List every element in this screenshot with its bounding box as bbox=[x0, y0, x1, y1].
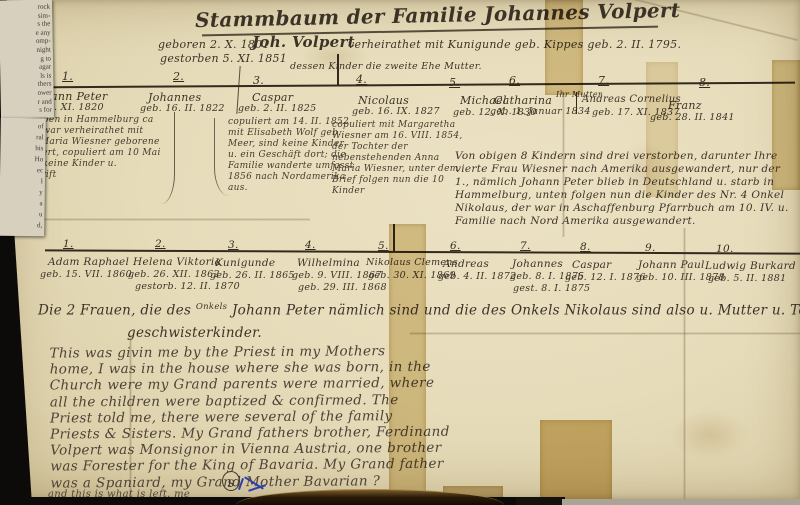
gen1-number: 6. bbox=[509, 74, 520, 87]
gen1-entry-note: copuliert mit Margaretha Wiesner am 16. … bbox=[332, 120, 468, 197]
crease-line bbox=[410, 332, 800, 335]
gen2-number: 4. bbox=[305, 239, 316, 251]
gen2-number: 6. bbox=[450, 240, 461, 252]
gen2-entry-date2: geb. 29. III. 1868 bbox=[298, 282, 387, 293]
photo-object-edge bbox=[516, 497, 562, 505]
gen1-entry-date: geb. 2. II. 1825 bbox=[238, 103, 316, 114]
entry-bracket-stroke bbox=[214, 118, 229, 196]
tape-strip bbox=[646, 62, 678, 197]
tape-strip bbox=[772, 60, 800, 190]
gen1-number: 5. bbox=[449, 76, 460, 89]
gen2-entry-name: Johannes bbox=[512, 258, 563, 270]
gen1-number: 3. bbox=[253, 74, 264, 87]
relation-note-superscript: Onkels bbox=[196, 302, 228, 312]
gen1-number: 2. bbox=[173, 70, 184, 83]
tape-strip bbox=[540, 420, 612, 505]
gen2-entry-date: geb. 26. XII. 1862 bbox=[128, 269, 220, 280]
gen2-number: 9. bbox=[645, 242, 656, 254]
gen2-entry-name: Kunigunde bbox=[215, 257, 275, 269]
gen2-entry-name: Wilhelmina bbox=[297, 257, 360, 269]
gen2-number: 1. bbox=[63, 238, 74, 250]
connector-stroke bbox=[337, 54, 339, 85]
column-divider-stroke bbox=[576, 92, 577, 114]
gen2-entry-name: Ludwig Burkard bbox=[705, 260, 796, 272]
gen1-number: 8. bbox=[699, 76, 710, 89]
gen2-entry-date: geb. 12. I. 1876 bbox=[565, 272, 646, 283]
tape-strip bbox=[389, 224, 426, 505]
gen2-entry-date: geb. 15. VII. 1860 bbox=[40, 269, 132, 280]
relation-note-line2: geschwisterkinder. bbox=[127, 325, 262, 341]
children-connector-label: dessen Kinder die zweite Ehe Mutter. bbox=[290, 61, 482, 72]
crease-line bbox=[10, 218, 310, 221]
gen2-entry-date: geb. 5. II. 1881 bbox=[708, 273, 786, 284]
gen1-number: 7. bbox=[598, 74, 609, 87]
gen2-entry-name: Andreas bbox=[443, 258, 489, 270]
gen1-entry-date: geb. 16. IX. 1827 bbox=[352, 106, 440, 117]
gen2-entry-name: Johann Paul bbox=[638, 259, 705, 271]
gen2-entry-date: geb. 4. II. 1872 bbox=[438, 271, 516, 282]
monogram-letter: S bbox=[227, 479, 234, 490]
relation-note-part1: Die 2 Frauen, die des bbox=[38, 303, 191, 319]
gen2-entry-name: Helena Viktoria bbox=[133, 256, 221, 268]
gen2-number: 3. bbox=[228, 239, 239, 251]
gen2-entry-date2: gest. 8. I. 1875 bbox=[513, 283, 590, 294]
gen2-entry-date: geb. 26. II. 1865 bbox=[210, 270, 295, 281]
gen2-entry-name: Caspar bbox=[572, 259, 611, 271]
entry-bracket-stroke bbox=[160, 112, 175, 204]
gen2-number: 7. bbox=[520, 240, 531, 252]
gen1-number: 4. bbox=[356, 73, 367, 86]
gen2-number: 8. bbox=[580, 241, 591, 253]
tape-strip bbox=[545, 0, 583, 95]
gen2-number: 5. bbox=[378, 240, 389, 252]
header-married: verheirathet mit Kunigunde geb. Kippes g… bbox=[348, 38, 681, 51]
gen2-number: 2. bbox=[155, 238, 166, 250]
gen2-entry-date2: gestorb. 12. II. 1870 bbox=[135, 281, 240, 292]
relation-note-part2: Johann Peter nämlich sind und die des On… bbox=[232, 303, 800, 319]
scanned-document: Stammbaum der Familie Johannes Volpert g… bbox=[0, 0, 800, 505]
header-died: gestorben 5. XI. 1851 bbox=[160, 52, 287, 65]
gen1-entry-date: geb. 16. II. 1822 bbox=[140, 103, 225, 114]
gen1-summary-paragraph: Von obigen 8 Kindern sind drei verstorbe… bbox=[455, 150, 797, 228]
gen2-number: 10. bbox=[716, 243, 734, 255]
gen2-entry-name: Adam Raphael bbox=[48, 256, 129, 268]
gen1-number: 1. bbox=[62, 70, 73, 83]
scanner-edge-strip bbox=[560, 499, 800, 505]
newspaper-clipping: of ral his Ho ec I y a u d, bbox=[0, 118, 46, 237]
header-name: Joh. Volpert bbox=[252, 33, 355, 51]
newspaper-clipping: rock sim- s the e any omp- night g to ag… bbox=[0, 0, 54, 118]
